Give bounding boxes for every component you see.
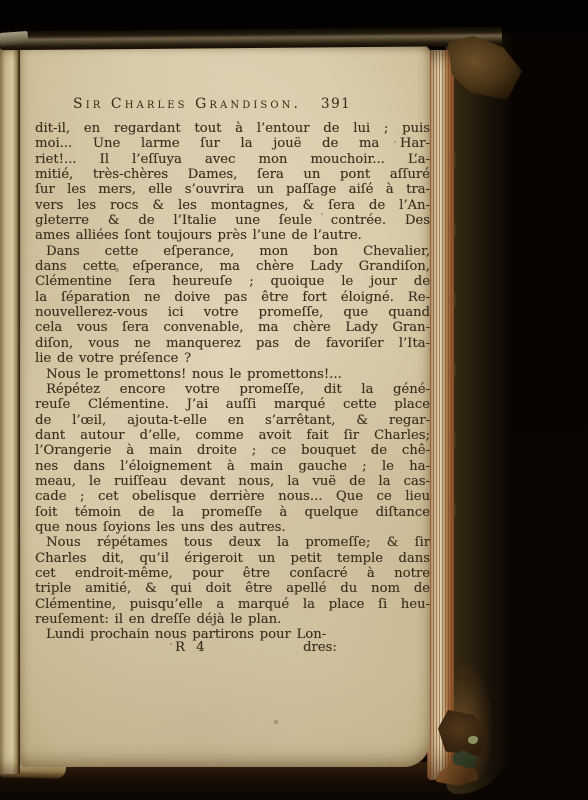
- page-number: 391: [321, 96, 351, 112]
- text-line: Nous le promettons! nous le promettons!.…: [35, 367, 430, 382]
- catchword: dres:: [303, 640, 337, 655]
- book-scan: Sir Charles Grandison. 391 dit-il, en re…: [0, 0, 588, 800]
- book-page: Sir Charles Grandison. 391 dit-il, en re…: [20, 45, 430, 767]
- text-line: ſoit témoin de la promeſſe à quelque diſ…: [35, 505, 430, 520]
- text-line: Dans cette eſperance, mon bon Chevalier,: [35, 244, 430, 259]
- facing-page-edge: [0, 48, 20, 774]
- text-line: cela vous ſera convenable, ma chère Lady…: [35, 320, 430, 335]
- text-line: dit-il, en regardant tout à l’entour de …: [35, 121, 430, 136]
- page-footer: R 4 dres:: [20, 640, 430, 657]
- text-line: que nous ſoyions les uns des autres.: [35, 520, 430, 535]
- text-line: cet endroit-même, pour être conſacré à n…: [35, 566, 430, 581]
- text-line: Clémentine ſera heureuſe ; quoique le jo…: [35, 274, 430, 289]
- text-line: meau, le ruiſſeau devant nous, la vuë de…: [35, 474, 430, 489]
- text-line: de l’œil, ajouta-t-elle en s’arrêtant, &…: [35, 413, 430, 428]
- text-line: diſon, vous ne manquerez pas de favoriſe…: [35, 336, 430, 351]
- text-line: moi... Une larme ſur la jouë de ma Har-: [35, 136, 430, 151]
- page-edges: [427, 50, 454, 780]
- page-bottom-shadow: [0, 762, 472, 800]
- text-line: mitié, très-chères Dames, ſera un pont a…: [35, 167, 430, 182]
- text-line: nouvellerez-vous ici votre promeſſe, que…: [35, 305, 430, 320]
- text-line: Nous répétames tous deux la promeſſe; & …: [35, 535, 430, 550]
- text-line: Répétez encore votre promeſſe, dit la gé…: [35, 382, 430, 397]
- book-headband: [0, 31, 28, 46]
- text-line: dans cette eſperance, ma chère Lady Gran…: [35, 259, 430, 274]
- text-line: ſur les mers, elle s’ouvrira un paſſage …: [35, 182, 430, 197]
- book-cover: [446, 33, 512, 794]
- signature-mark: R 4: [175, 640, 206, 655]
- text-line: l’Orangerie à main droite ; ce bouquet d…: [35, 443, 430, 458]
- text-line: vers les rocs & les montagnes, & ſera de…: [35, 198, 430, 213]
- text-line: la ſéparation ne doive pas être fort élo…: [35, 290, 430, 305]
- text-block: dit-il, en regardant tout à l’entour de …: [35, 121, 430, 643]
- text-line: Charles dit, qu’il érigeroit un petit te…: [35, 551, 430, 566]
- text-line: cade ; cet obelisque derrière nous... Qu…: [35, 489, 430, 504]
- text-line: lie de votre préſence ?: [35, 351, 430, 366]
- text-line: reuſe Clémentine. J’ai auſſi marqué cett…: [35, 397, 430, 412]
- text-line: ames alliées ſont toujours près l’une de…: [35, 228, 430, 243]
- page-header: Sir Charles Grandison. 391: [20, 96, 430, 114]
- text-line: nes dans l’éloignement à main gauche ; l…: [35, 459, 430, 474]
- text-line: Clémentine, puisqu’elle a marqué la plac…: [35, 597, 430, 612]
- text-line: gleterre & de l’Italie une ſeule contrée…: [35, 213, 430, 228]
- running-title: Sir Charles Grandison.: [73, 96, 301, 112]
- text-line: dant autour d’elle, comme avoit fait ſir…: [35, 428, 430, 443]
- text-line: triple amitié, & qui doit être apellé du…: [35, 581, 430, 596]
- text-line: reuſement: il en dreſſe déjà le plan.: [35, 612, 430, 627]
- text-line: riet!... Il l’eſſuya avec mon mouchoir..…: [35, 152, 430, 167]
